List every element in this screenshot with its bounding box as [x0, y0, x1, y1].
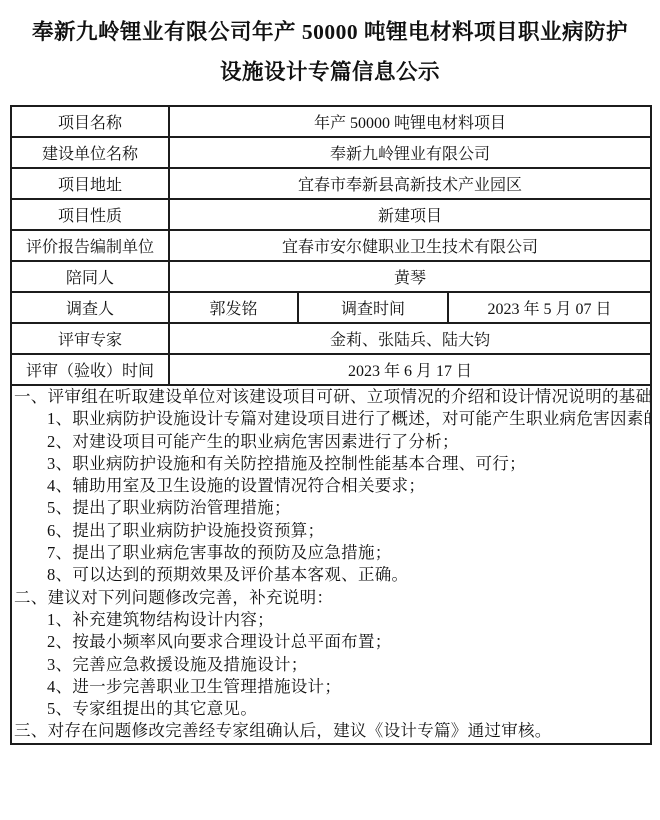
field-value: 2023 年 5 月 07 日: [448, 292, 651, 323]
opinion-paragraph: 5、提出了职业病防治管理措施；: [14, 497, 648, 519]
opinion-paragraph: 8、可以达到的预期效果及评价基本客观、正确。: [14, 564, 648, 586]
table-row: 一、评审组在听取建设单位对该建设项目可研、立项情况的介绍和设计情况说明的基础上，…: [11, 385, 651, 744]
field-value: 2023 年 6 月 17 日: [169, 354, 651, 385]
field-value: 黄琴: [169, 261, 651, 292]
field-label: 评审专家: [11, 323, 169, 354]
table-row: 评审（验收）时间 2023 年 6 月 17 日: [11, 354, 651, 385]
table-row: 评审专家 金莉、张陆兵、陆大钧: [11, 323, 651, 354]
opinion-paragraph: 2、按最小频率风向要求合理设计总平面布置；: [14, 631, 648, 653]
opinion-paragraph: 三、对存在问题修改完善经专家组确认后，建议《设计专篇》通过审核。: [14, 720, 648, 742]
document-page: 奉新九岭锂业有限公司年产 50000 吨锂电材料项目职业病防护 设施设计专篇信息…: [0, 0, 660, 820]
field-label: 项目名称: [11, 106, 169, 137]
opinion-paragraph: 3、完善应急救援设施及措施设计；: [14, 654, 648, 676]
opinion-paragraph: 4、辅助用室及卫生设施的设置情况符合相关要求；: [14, 475, 648, 497]
field-label: 调查时间: [298, 292, 448, 323]
document-title-line-2: 设施设计专篇信息公示: [0, 52, 660, 92]
opinion-paragraph: 3、职业病防护设施和有关防控措施及控制性能基本合理、可行；: [14, 453, 648, 475]
field-value: 宜春市安尔健职业卫生技术有限公司: [169, 230, 651, 261]
field-value: 郭发铭: [169, 292, 298, 323]
field-label: 评审（验收）时间: [11, 354, 169, 385]
field-label: 调查人: [11, 292, 169, 323]
table-row: 评价报告编制单位 宜春市安尔健职业卫生技术有限公司: [11, 230, 651, 261]
opinion-paragraph: 5、专家组提出的其它意见。: [14, 698, 648, 720]
document-title-line-1: 奉新九岭锂业有限公司年产 50000 吨锂电材料项目职业病防护: [0, 12, 660, 52]
field-label: 建设单位名称: [11, 137, 169, 168]
review-opinion-cell: 一、评审组在听取建设单位对该建设项目可研、立项情况的介绍和设计情况说明的基础上，…: [11, 385, 651, 744]
field-label: 项目地址: [11, 168, 169, 199]
table-row: 陪同人 黄琴: [11, 261, 651, 292]
field-value: 年产 50000 吨锂电材料项目: [169, 106, 651, 137]
opinion-paragraph: 6、提出了职业病防护设施投资预算；: [14, 520, 648, 542]
field-value: 奉新九岭锂业有限公司: [169, 137, 651, 168]
field-label: 评价报告编制单位: [11, 230, 169, 261]
opinion-paragraph: 4、进一步完善职业卫生管理措施设计；: [14, 676, 648, 698]
field-label: 项目性质: [11, 199, 169, 230]
opinion-paragraph: 2、对建设项目可能产生的职业病危害因素进行了分析；: [14, 431, 648, 453]
document-title: 奉新九岭锂业有限公司年产 50000 吨锂电材料项目职业病防护 设施设计专篇信息…: [0, 0, 660, 92]
opinion-paragraph: 1、职业病防护设施设计专篇对建设项目进行了概述，对可能产生职业病危害因素的工作场…: [14, 408, 648, 430]
table-row: 项目地址 宜春市奉新县高新技术产业园区: [11, 168, 651, 199]
table-row: 调查人 郭发铭 调查时间 2023 年 5 月 07 日: [11, 292, 651, 323]
table-row: 建设单位名称 奉新九岭锂业有限公司: [11, 137, 651, 168]
field-value: 新建项目: [169, 199, 651, 230]
field-value: 金莉、张陆兵、陆大钧: [169, 323, 651, 354]
field-value: 宜春市奉新县高新技术产业园区: [169, 168, 651, 199]
opinion-paragraph: 二、建议对下列问题修改完善，补充说明：: [14, 587, 648, 609]
table-row: 项目名称 年产 50000 吨锂电材料项目: [11, 106, 651, 137]
info-table: 项目名称 年产 50000 吨锂电材料项目 建设单位名称 奉新九岭锂业有限公司 …: [10, 105, 652, 745]
opinion-paragraph: 1、补充建筑物结构设计内容；: [14, 609, 648, 631]
opinion-paragraph: 7、提出了职业病危害事故的预防及应急措施；: [14, 542, 648, 564]
opinion-paragraph: 一、评审组在听取建设单位对该建设项目可研、立项情况的介绍和设计情况说明的基础上，…: [14, 386, 648, 408]
field-label: 陪同人: [11, 261, 169, 292]
table-row: 项目性质 新建项目: [11, 199, 651, 230]
